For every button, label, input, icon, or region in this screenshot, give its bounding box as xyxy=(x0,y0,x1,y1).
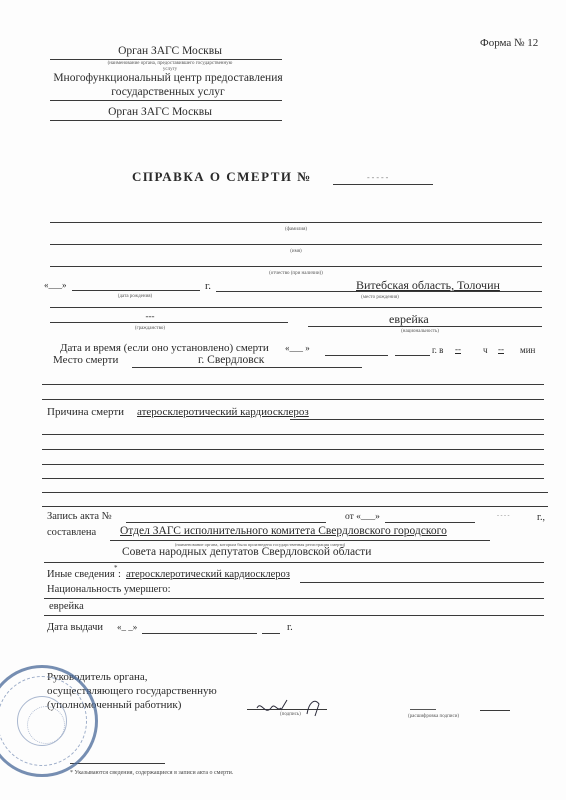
signature-decoding-caption: (расшифровка подписи) xyxy=(408,714,459,719)
name-caption: (имя) xyxy=(50,249,542,254)
death-hours: -- xyxy=(455,345,461,354)
death-cause-value: атеросклеротический кардиосклероз xyxy=(137,407,309,418)
birth-place-value: Витебская область, Толочин xyxy=(356,279,500,291)
issuing-organ-caption: (наименование органа, предоставившего го… xyxy=(55,61,285,66)
organ-repeat: Орган ЗАГС Москвы xyxy=(60,107,260,119)
issuing-organ: Орган ЗАГС Москвы xyxy=(55,46,285,58)
patronymic-caption: (отчество (при наличии)) xyxy=(50,271,542,276)
document-title: СПРАВКА О СМЕРТИ № xyxy=(132,170,312,183)
citizenship-caption: (гражданство) xyxy=(100,326,200,331)
mfc-line-2: государственных услуг xyxy=(50,87,286,99)
footnote: * Указываются сведения, содержащиеся в з… xyxy=(70,770,233,776)
citizenship-value: --- xyxy=(130,312,170,321)
form-number: Форма № 12 xyxy=(480,38,538,49)
compiled-label: составлена xyxy=(47,528,96,539)
death-hours-unit: ч xyxy=(483,346,488,355)
death-place-label: Место смерти xyxy=(53,355,118,366)
birth-place-caption: (место рождения) xyxy=(330,295,430,300)
death-place-value: г. Свердловск xyxy=(198,355,264,367)
other-info-marker: * xyxy=(114,565,118,572)
act-record-year-suffix: г., xyxy=(537,513,545,523)
act-record-from: от «___» xyxy=(345,513,380,523)
issue-date-label: Дата выдачи xyxy=(47,623,103,634)
compiled-by-line-1: Отдел ЗАГС исполнительного комитета Свер… xyxy=(120,526,447,538)
death-year-suffix: г. в xyxy=(432,346,443,355)
act-record-label: Запись акта № xyxy=(47,512,112,523)
deceased-nationality-value: еврейка xyxy=(49,602,84,613)
nationality-value: еврейка xyxy=(389,313,429,325)
certificate-number: - - - - - xyxy=(367,174,388,182)
surname-caption: (фамилия) xyxy=(50,227,542,232)
death-datetime-label: Дата и время (если оно установлено) смер… xyxy=(60,343,269,354)
other-info-label: Иные сведения xyxy=(47,570,115,581)
death-cause-label: Причина смерти xyxy=(47,407,124,418)
issue-date-day: «_ _» xyxy=(117,623,137,632)
other-info-value: атеросклеротический кардиосклероз xyxy=(126,570,290,581)
birth-date-year-suffix: г. xyxy=(205,281,211,292)
signature-caption: (подпись) xyxy=(280,712,301,717)
birth-date-caption: (дата рождения) xyxy=(80,294,190,299)
mfc-line-1: Многофункциональный центр предоставления xyxy=(50,73,286,85)
issue-date-suffix: г. xyxy=(287,623,293,634)
birth-date-day: «___» xyxy=(44,281,67,290)
act-record-year: - - - - xyxy=(497,513,510,519)
deceased-nationality-label: Национальность умершего: xyxy=(47,585,171,596)
death-minutes: -- xyxy=(498,345,504,354)
death-day: «___ » xyxy=(285,344,310,353)
compiled-by-line-2: Совета народных депутатов Свердловской о… xyxy=(122,547,371,559)
death-minutes-unit: мин xyxy=(520,346,535,355)
nationality-caption: (национальность) xyxy=(370,329,470,334)
